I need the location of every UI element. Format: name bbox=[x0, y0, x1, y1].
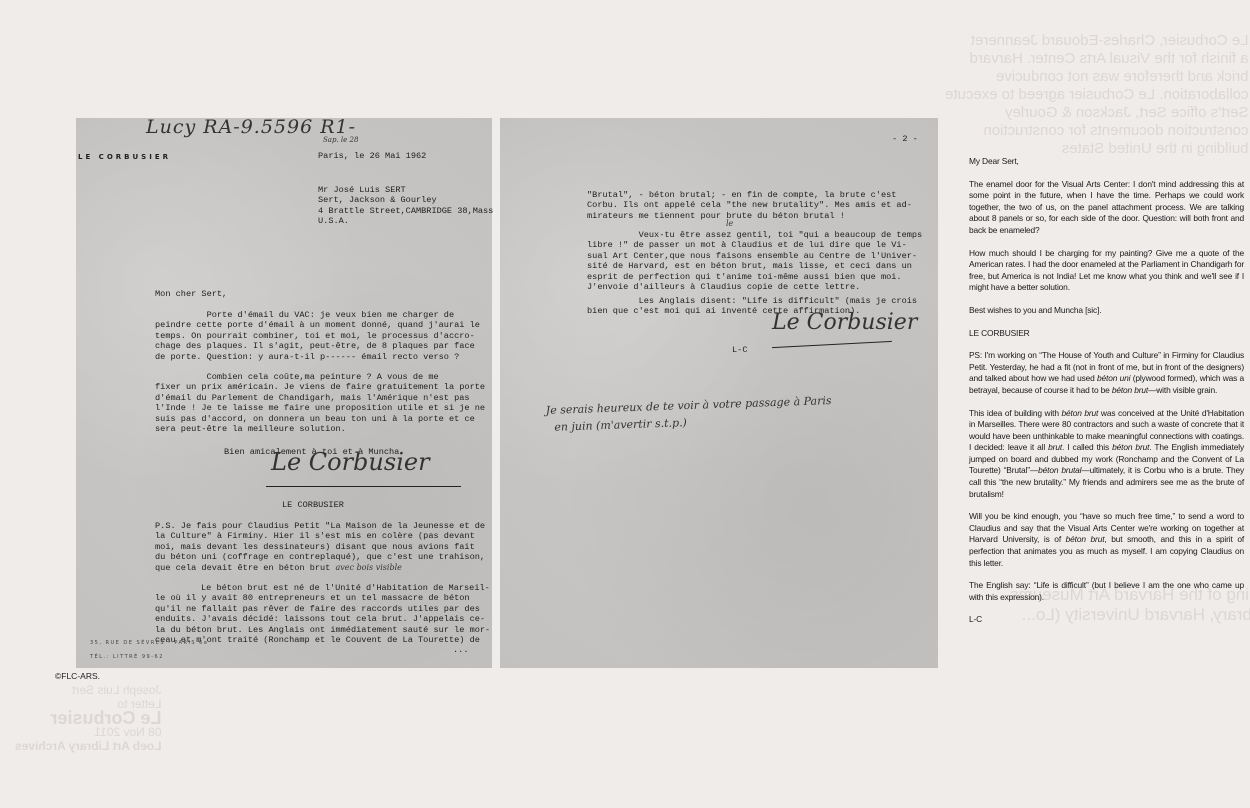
text-line: moi, mais devant les dessinateurs) disan… bbox=[155, 542, 485, 552]
paragraph-beton-brut: Le béton brut est né de l'Unité d'Habita… bbox=[155, 583, 490, 645]
translation-initials: L-C bbox=[969, 614, 1244, 626]
letter-page-2: - 2 - "Brutal", - béton brutal; - en fin… bbox=[500, 118, 938, 668]
text-line: de porte. Question: y aura-t-il p------ … bbox=[155, 352, 480, 362]
letter-page-1: Lucy RA-9.5596 R1- Sap. le 28 LE CORBUSI… bbox=[76, 118, 492, 668]
translation-paragraph: The English say: “Life is difficult” (bu… bbox=[969, 580, 1244, 603]
text-line: du béton uni (coffrage en contreplaqué),… bbox=[155, 552, 485, 562]
translation-signature: LE CORBUSIER bbox=[969, 328, 1244, 340]
address-line: 4 Brattle Street,CAMBRIDGE 38,Mass bbox=[318, 206, 493, 216]
translation-paragraph: Best wishes to you and Muncha [sic]. bbox=[969, 305, 1244, 317]
image-credit: ©FLC-ARS. bbox=[55, 671, 100, 681]
salutation: Mon cher Sert, bbox=[155, 289, 227, 299]
translation-paragraph: The enamel door for the Visual Arts Cent… bbox=[969, 179, 1244, 237]
italic-term: béton brut bbox=[1066, 534, 1105, 544]
text-line: libre !" de passer un mot à Claudius et … bbox=[587, 240, 922, 250]
text-line: l'Inde ! Je te laisse me faire une propo… bbox=[155, 403, 485, 413]
text-line: sité de Harvard, est en béton brut, mais… bbox=[587, 261, 922, 271]
footer-phone: TÉL.: LITTRÉ 99-62 bbox=[90, 652, 164, 662]
continuation-mark: ... bbox=[453, 645, 468, 655]
italic-term: béton brut bbox=[1062, 408, 1099, 418]
text-line: Combien cela coûte,ma peinture ? A vous … bbox=[155, 372, 485, 382]
handwritten-note-small: Sap. le 28 bbox=[323, 135, 358, 145]
signature: Le Corbusier bbox=[271, 457, 430, 467]
address-line: Mr José Luis SERT bbox=[318, 185, 493, 195]
page-number: - 2 - bbox=[892, 134, 918, 144]
bleed-through-top-right: Le Corbusier, Charles-Edouard Jeanneret … bbox=[945, 32, 1249, 158]
typed-name: LE CORBUSIER bbox=[282, 500, 344, 510]
translation-postscript: PS: I'm working on “The House of Youth a… bbox=[969, 350, 1244, 396]
ghost-line: Joseph Luis Sert bbox=[15, 683, 161, 697]
text-line: sual Art Center,que nous faisons ensembl… bbox=[587, 251, 922, 261]
ghost-line: collaboration. Le Corbusier agreed to ex… bbox=[945, 86, 1249, 104]
paragraph-painting-price: Combien cela coûte,ma peinture ? A vous … bbox=[155, 372, 485, 434]
initials: L-C bbox=[732, 345, 747, 355]
text-line: enduits. J'avais décidé: laissons tout c… bbox=[155, 614, 490, 624]
paragraph-claudius: Veux-tu être assez gentil, toi "qui a be… bbox=[587, 230, 922, 292]
text-line: que cela devait être en béton brut bbox=[155, 563, 330, 573]
text-line: le où il y avait 80 entrepreneurs et un … bbox=[155, 593, 490, 603]
ghost-line: Le Corbusier bbox=[15, 711, 161, 725]
signature-underline bbox=[266, 486, 461, 487]
text-line: d'émail du Parlement de Chandigarh, mais… bbox=[155, 393, 485, 403]
text-line: Veux-tu être assez gentil, toi "qui a be… bbox=[587, 230, 922, 240]
translation-paragraph: Will you be kind enough, you “have so mu… bbox=[969, 511, 1244, 569]
bleed-through-bottom-left: Joseph Luis Sert Letter to Le Corbusier … bbox=[15, 683, 161, 753]
signature: Le Corbusier bbox=[772, 318, 917, 328]
ghost-line: brick and therefore was not conducive bbox=[945, 68, 1249, 86]
ghost-line: 08 Nov 2011 bbox=[15, 725, 161, 739]
text-line: esprit de perfection qui t'anime toi-mêm… bbox=[587, 272, 922, 282]
text-line: la Culture" à Firminy. Hier il s'est mis… bbox=[155, 531, 485, 541]
italic-term: béton brut bbox=[1112, 385, 1148, 395]
text-line: suis pas d'accord, on donnera un beau to… bbox=[155, 414, 485, 424]
text-line: Porte d'émail du VAC: je veux bien me ch… bbox=[155, 310, 480, 320]
text-line: sera peut-être la meilleure solution. bbox=[155, 424, 485, 434]
english-translation: My Dear Sert, The enamel door for the Vi… bbox=[969, 156, 1244, 637]
handwritten-insert-mark: le bbox=[726, 219, 733, 229]
ghost-line: a finish for the Visual Arts Center. Har… bbox=[945, 50, 1249, 68]
text-line: Le béton brut est né de l'Unité d'Habita… bbox=[155, 583, 490, 593]
address-line: Sert, Jackson & Gourley bbox=[318, 195, 493, 205]
postscript: P.S. Je fais pour Claudius Petit "La Mai… bbox=[155, 521, 485, 573]
ghost-line: construction documents for construction bbox=[945, 122, 1249, 140]
text-line: fixer un prix américain. Je viens de fai… bbox=[155, 382, 485, 392]
recipient-address: Mr José Luis SERT Sert, Jackson & Gourle… bbox=[318, 185, 493, 227]
italic-term: béton brut bbox=[1112, 442, 1149, 452]
text-line: la du béton brut. Les Anglais ont immédi… bbox=[155, 625, 490, 635]
text-line: Corbu. Ils ont appelé cela "the new brut… bbox=[587, 200, 912, 210]
letter-date: Paris, le 26 Mai 1962 bbox=[318, 151, 426, 161]
ghost-line: Sert's office Sert, Jackson & Gourley bbox=[945, 104, 1249, 122]
text-line: Les Anglais disent: "Life is difficult" … bbox=[587, 296, 917, 306]
text-run: This idea of building with bbox=[969, 408, 1062, 418]
text-line: temps. On pourrait combiner, toi et moi,… bbox=[155, 331, 480, 341]
text-line: chage des plaques. Il s'agit, peut-être,… bbox=[155, 341, 480, 351]
translation-paragraph: How much should I be charging for my pai… bbox=[969, 248, 1244, 294]
text-line: "Brutal", - béton brutal; - en fin de co… bbox=[587, 190, 912, 200]
translation-paragraph: This idea of building with béton brut wa… bbox=[969, 408, 1244, 501]
italic-term: béton brutal bbox=[1038, 465, 1081, 475]
text-run: —with visible grain. bbox=[1148, 385, 1217, 395]
paragraph-enamel-door: Porte d'émail du VAC: je veux bien me ch… bbox=[155, 310, 480, 362]
text-run: . I called this bbox=[1062, 442, 1112, 452]
ghost-line: Le Corbusier, Charles-Edouard Jeanneret bbox=[945, 32, 1249, 50]
ghost-line: Letter to bbox=[15, 697, 161, 711]
ghost-line: Loeb Art Library Archives bbox=[15, 739, 161, 753]
handwritten-postscript: Je serais heureux de te voir à votre pas… bbox=[545, 392, 832, 436]
text-line: P.S. Je fais pour Claudius Petit "La Mai… bbox=[155, 521, 485, 531]
text-line: J'envoie d'ailleurs à Claudius copie de … bbox=[587, 282, 922, 292]
text-line: peindre cette porte d'émail à un moment … bbox=[155, 320, 480, 330]
address-line: U.S.A. bbox=[318, 216, 493, 226]
text-line: qu'il ne fallait pas rêver de faire des … bbox=[155, 604, 490, 614]
translation-salutation: My Dear Sert, bbox=[969, 156, 1244, 168]
italic-term: béton uni bbox=[1097, 373, 1130, 383]
footer-address: 35, RUE DE SÈVRES · PARIS 6e bbox=[90, 638, 208, 648]
paragraph-brutal: "Brutal", - béton brutal; - en fin de co… bbox=[587, 190, 912, 221]
italic-term: brut bbox=[1048, 442, 1062, 452]
handwritten-reference: Lucy RA-9.5596 R1- bbox=[146, 122, 356, 132]
text-line: mirateurs me tiennent pour brute du béto… bbox=[587, 211, 912, 221]
letterhead: LE CORBUSIER bbox=[78, 152, 171, 162]
signature-underline bbox=[772, 341, 892, 348]
handwritten-insert: avec bois visible bbox=[336, 563, 402, 572]
